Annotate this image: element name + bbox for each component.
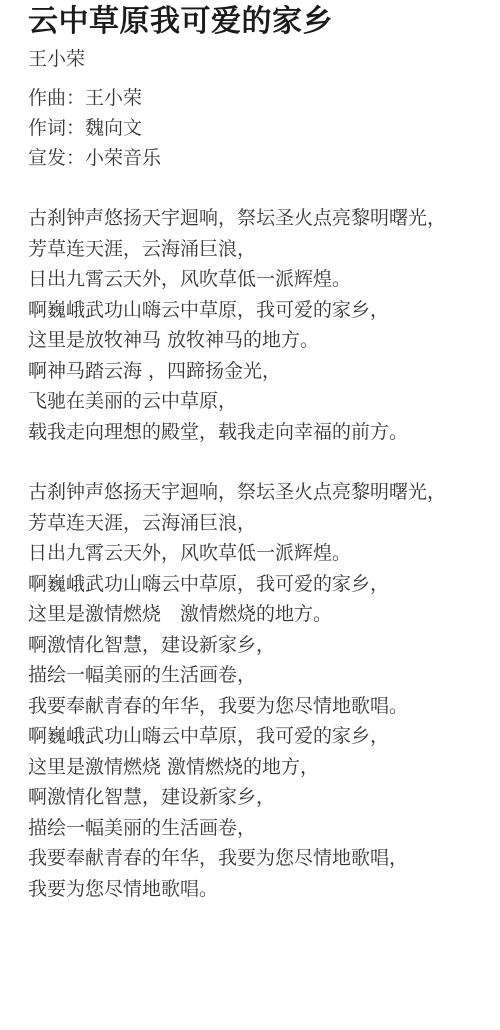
lyric-line: 这里是激情燃烧 激情燃烧的地方， (28, 752, 474, 783)
lyric-line: 啊巍峨武功山嗨云中草原，我可爱的家乡， (28, 721, 474, 752)
lyric-line: 日出九霄云天外，风吹草低一派辉煌。 (28, 264, 474, 295)
content-container: 云中草原我可爱的家乡 王小荣 作曲：王小荣 作词：魏向文 宣发：小荣音乐 古刹钟… (0, 0, 500, 904)
lyric-line: 我要奉献青春的年华，我要为您尽情地歌唱， (28, 843, 474, 874)
lyric-line: 古刹钟声悠扬天宇迴响，祭坛圣火点亮黎明曙光， (28, 203, 474, 234)
credits-block: 作曲：王小荣 作词：魏向文 宣发：小荣音乐 (28, 83, 474, 173)
lyric-line: 描绘一幅美丽的生活画卷， (28, 813, 474, 844)
lyric-line: 啊神马踏云海 ，四蹄扬金光， (28, 356, 474, 387)
credit-lyricist: 作词：魏向文 (28, 113, 474, 143)
lyric-line: 飞驰在美丽的云中草原， (28, 386, 474, 417)
lyric-line: 芳草连天涯，云海涌巨浪， (28, 508, 474, 539)
verse-1: 古刹钟声悠扬天宇迴响，祭坛圣火点亮黎明曙光，芳草连天涯，云海涌巨浪，日出九霄云天… (28, 203, 474, 447)
credit-composer: 作曲：王小荣 (28, 83, 474, 113)
lyric-line: 古刹钟声悠扬天宇迴响，祭坛圣火点亮黎明曙光， (28, 477, 474, 508)
lyric-line: 我要奉献青春的年华，我要为您尽情地歌唱。 (28, 691, 474, 722)
credit-publisher: 宣发：小荣音乐 (28, 143, 474, 173)
lyric-line: 这里是激情燃烧 激情燃烧的地方。 (28, 599, 474, 630)
lyric-line: 芳草连天涯，云海涌巨浪， (28, 234, 474, 265)
verse-2: 古刹钟声悠扬天宇迴响，祭坛圣火点亮黎明曙光，芳草连天涯，云海涌巨浪，日出九霄云天… (28, 477, 474, 904)
lyric-line: 啊激情化智慧，建设新家乡， (28, 630, 474, 661)
lyric-line: 描绘一幅美丽的生活画卷， (28, 660, 474, 691)
lyric-line: 载我走向理想的殿堂，载我走向幸福的前方。 (28, 417, 474, 448)
lyric-line: 这里是放牧神马 放牧神马的地方。 (28, 325, 474, 356)
lyric-line: 啊巍峨武功山嗨云中草原，我可爱的家乡， (28, 295, 474, 326)
page-title: 云中草原我可爱的家乡 (28, 5, 474, 39)
lyric-line: 我要为您尽情地歌唱。 (28, 874, 474, 905)
lyric-line: 啊激情化智慧，建设新家乡， (28, 782, 474, 813)
lyric-line: 日出九霄云天外，风吹草低一派辉煌。 (28, 538, 474, 569)
lyrics-page: { "header": { "title": "云中草原我可爱的家乡", "ar… (0, 0, 500, 1030)
artist-name: 王小荣 (28, 48, 474, 70)
lyrics-block: 古刹钟声悠扬天宇迴响，祭坛圣火点亮黎明曙光，芳草连天涯，云海涌巨浪，日出九霄云天… (28, 203, 474, 904)
lyric-line: 啊巍峨武功山嗨云中草原，我可爱的家乡， (28, 569, 474, 600)
